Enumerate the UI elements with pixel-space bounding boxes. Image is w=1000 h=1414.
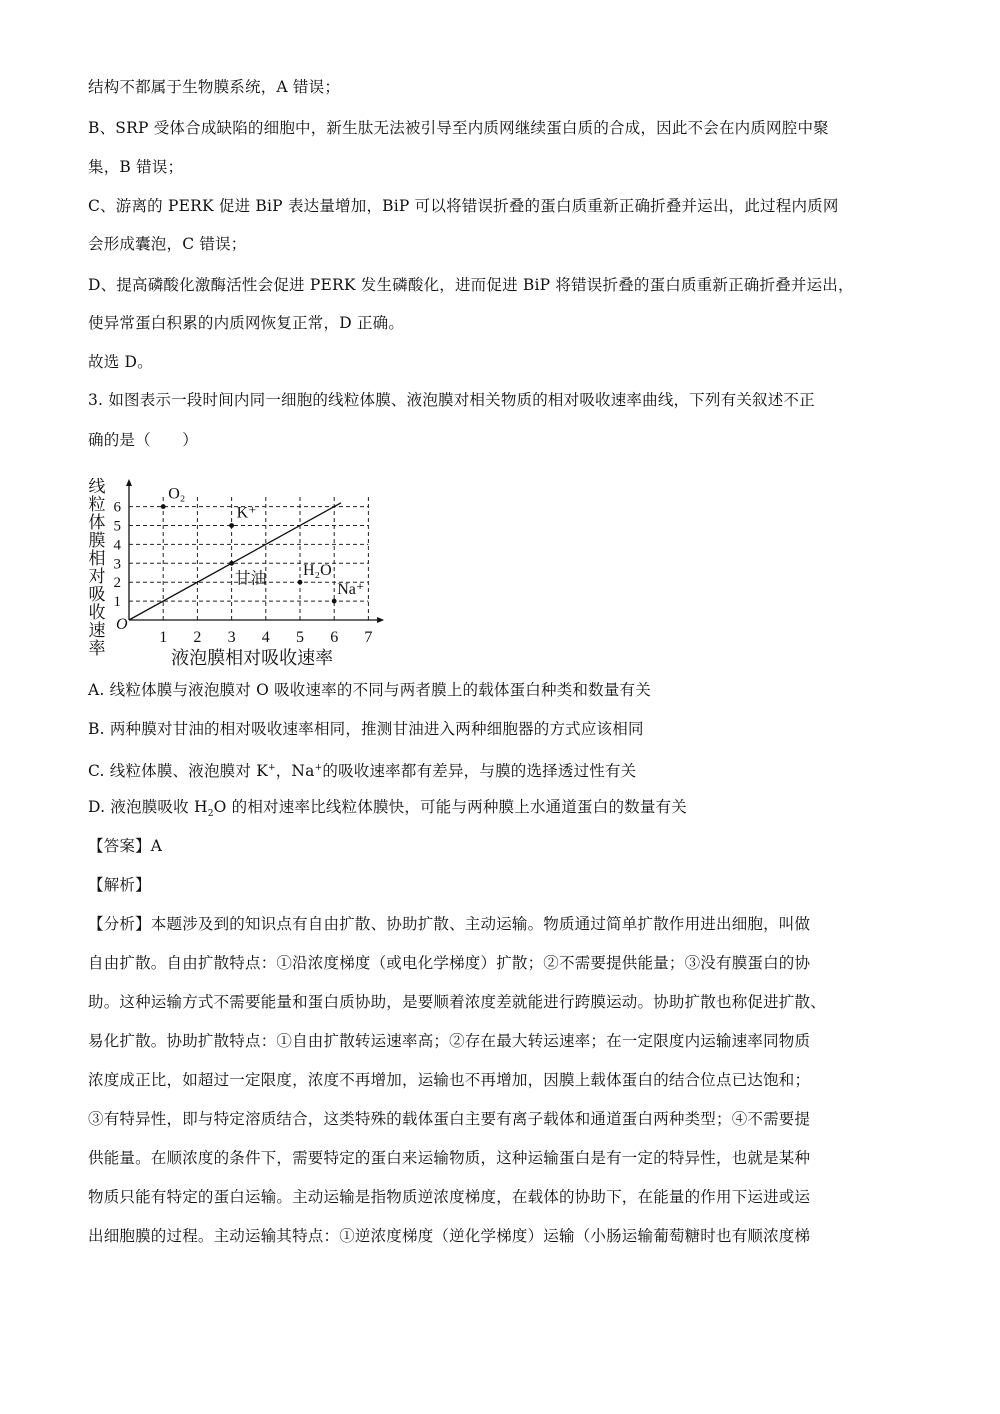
paragraph-line: 确的是（ ） [88, 430, 198, 450]
option-c: C. 线粒体膜、液泡膜对 K+，Na+的吸收速率都有差异，与膜的选择透过性有关 [88, 758, 636, 781]
y-axis-label-char: 粒 [89, 495, 106, 514]
analysis-line: 【分析】本题涉及到的知识点有自由扩散、协助扩散、主动运输。物质通过简单扩散作用进… [88, 914, 810, 934]
paragraph-line: 3. 如图表示一段时间内同一细胞的线粒体膜、液泡膜对相关物质的相对吸收速率曲线，… [88, 390, 815, 410]
y-tick-label: 6 [114, 500, 122, 516]
option-d: D. 液泡膜吸收 H2O 的相对速率比线粒体膜快，可能与两种膜上水通道蛋白的数量… [88, 797, 687, 824]
analysis-line: 易化扩散。协助扩散特点：①自由扩散转运速率高；②存在最大转运速率；在一定限度内运… [88, 1031, 810, 1051]
x-tick-label: 3 [228, 629, 236, 646]
data-point [229, 561, 234, 566]
y-axis-label-char: 体 [89, 513, 106, 532]
text-part: D. 液泡膜吸收 H [88, 798, 208, 816]
point-label: H₂O [303, 562, 332, 579]
answer-label: 【答案】A [88, 836, 162, 856]
x-tick-label: 6 [330, 629, 338, 646]
paragraph-line: 集，B 错误； [88, 157, 183, 177]
x-tick-label: 1 [159, 629, 167, 646]
x-tick-label: 5 [296, 629, 304, 646]
point-label: O₂ [168, 486, 185, 503]
paragraph-line: 会形成囊泡，C 错误； [88, 234, 247, 254]
data-point [229, 523, 234, 528]
paragraph-line: 使异常蛋白积累的内质网恢复正常，D 正确。 [88, 313, 404, 333]
text-part: + [268, 763, 276, 773]
y-axis-label-char: 速 [89, 621, 106, 640]
paragraph-line: C、游离的 PERK 促进 BiP 表达量增加，BiP 可以将错误折叠的蛋白质重… [88, 196, 839, 216]
y-axis-label-char: 膜 [89, 531, 106, 550]
y-tick-label: 1 [114, 594, 122, 610]
y-tick-label: 4 [114, 537, 122, 553]
text-part: 的吸收速率都有差异，与膜的选择透过性有关 [322, 762, 636, 780]
analysis-heading: 【解析】 [88, 875, 151, 895]
y-axis-label-char: 收 [89, 603, 106, 622]
x-tick-label: 7 [364, 629, 372, 646]
text-part: O 的相对速率比线粒体膜快，可能与两种膜上水通道蛋白的数量有关 [214, 798, 687, 816]
option-a: A. 线粒体膜与液泡膜对 O 吸收速率的不同与两者膜上的载体蛋白种类和数量有关 [88, 680, 651, 700]
text-part: ，Na [276, 762, 315, 780]
point-label: K⁺ [237, 505, 257, 522]
analysis-line: ③有特异性，即与特定溶质结合，这类特殊的载体蛋白主要有离子载体和通道蛋白两种类型… [88, 1109, 810, 1129]
paragraph-line: 结构不都属于生物膜系统，A 错误； [88, 77, 340, 97]
y-axis-label-char: 吸 [89, 585, 106, 604]
analysis-line: 出细胞膜的过程。主动运输其特点：①逆浓度梯度（逆化学梯度）运输（小肠运输葡萄糖时… [88, 1226, 810, 1246]
analysis-line: 自由扩散。自由扩散特点：①沿浓度梯度（或电化学梯度）扩散；②不需要提供能量；③没… [88, 953, 810, 973]
data-point [298, 580, 303, 585]
y-axis-arrow-icon [126, 479, 132, 486]
paragraph-line: B、SRP 受体合成缺陷的细胞中，新生肽无法被引导至内质网继续蛋白质的合成，因此… [88, 118, 829, 138]
y-axis-label-char: 率 [89, 639, 106, 658]
y-tick-label: 2 [114, 575, 122, 591]
point-label: Na⁺ [337, 581, 364, 598]
x-axis-arrow-icon [377, 617, 384, 623]
y-tick-label: 3 [114, 556, 122, 572]
analysis-line: 供能量。在顺浓度的条件下，需要特定的蛋白来运输物质，这种运输蛋白是有一定的特异性… [88, 1148, 810, 1168]
text-part: C. 线粒体膜、液泡膜对 K [88, 762, 268, 780]
chart-svg: 1234567123456O线粒体膜相对吸收速率液泡膜相对吸收速率O₂K⁺甘油H… [85, 478, 385, 668]
data-point [161, 504, 166, 509]
y-axis-label-char: 线 [89, 478, 106, 496]
y-tick-label: 5 [114, 519, 122, 535]
analysis-line: 助。这种运输方式不需要能量和蛋白质协助，是要顺着浓度差就能进行跨膜运动。协助扩散… [88, 992, 826, 1012]
paragraph-line: D、提高磷酸化激酶活性会促进 PERK 发生磷酸化，进而促进 BiP 将错误折叠… [88, 275, 854, 295]
x-tick-label: 4 [262, 629, 270, 646]
y-axis-label-char: 相 [89, 549, 106, 568]
absorption-rate-chart: 1234567123456O线粒体膜相对吸收速率液泡膜相对吸收速率O₂K⁺甘油H… [85, 478, 385, 668]
y-axis-label-char: 对 [89, 567, 106, 586]
x-axis-label: 液泡膜相对吸收速率 [171, 648, 333, 668]
analysis-line: 浓度成正比，如超过一定限度，浓度不再增加，运输也不再增加，因膜上载体蛋白的结合位… [88, 1070, 810, 1090]
analysis-line: 物质只能有特定的蛋白运输。主动运输是指物质逆浓度梯度，在载体的协助下，在能量的作… [88, 1187, 810, 1207]
data-point [332, 599, 337, 604]
x-tick-label: 2 [193, 629, 201, 646]
origin-label: O [116, 616, 128, 633]
paragraph-line: 故选 D。 [88, 352, 153, 372]
point-label: 甘油 [235, 569, 267, 587]
option-b: B. 两种膜对甘油的相对吸收速率相同，推测甘油进入两种细胞器的方式应该相同 [88, 719, 644, 739]
